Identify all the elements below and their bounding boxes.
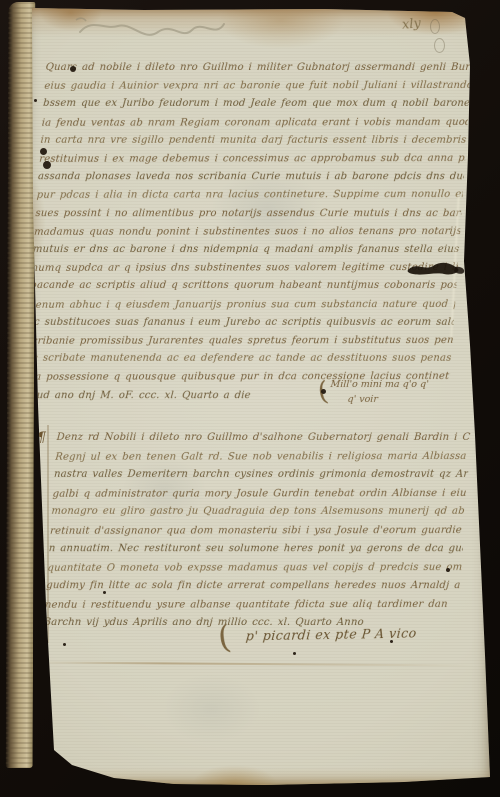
show-through-mark xyxy=(434,38,445,53)
manuscript-line: scribanie promissibus Jurarentes quales … xyxy=(26,332,453,351)
manuscript-line: restituimus i ex mage debemus i concessi… xyxy=(39,150,466,169)
page-stack-edge xyxy=(6,2,36,768)
paragraph-mark: ¶ xyxy=(37,430,46,446)
show-through-mark xyxy=(430,19,440,34)
ink-blot xyxy=(293,652,296,655)
manuscript-line: pur pdcas i alia in dicta carta nra laci… xyxy=(36,186,463,205)
vertical-fold-crease xyxy=(47,425,49,643)
manuscript-line: Regnj ul ex ben tenen Galt rd. Sue nob v… xyxy=(55,447,470,466)
marginal-note-line: Mill'o mini ma q'o q' xyxy=(330,377,471,392)
ink-blot xyxy=(446,568,450,572)
manuscript-line: bssem que ex Juribo feudorum i mod Jeale… xyxy=(42,95,469,113)
ink-blot xyxy=(43,161,51,169)
manuscript-line: ac substitucoes suas fananus i eum Jureb… xyxy=(27,314,454,332)
manuscript-line: retinuit d'assignanor qua dom monasteriu… xyxy=(49,521,464,540)
ink-smear xyxy=(405,253,469,285)
manuscript-line: de scribate manutenenda ac ea defendere … xyxy=(25,350,452,368)
ink-blot xyxy=(390,640,393,643)
manuscript-line: ia fendu ventas ab nram Regiam coronam a… xyxy=(41,113,468,132)
marginal-note: Mill'o mini ma q'o q' q' voir xyxy=(329,377,471,407)
ink-blot xyxy=(40,148,47,155)
manuscript-line: galbi q administrator quria mory Josule … xyxy=(52,484,467,503)
manuscript-line: in carta nra vre sigillo pendenti munita… xyxy=(40,132,467,150)
manuscript-line: madamus quas nondu ponint i substinentes… xyxy=(33,223,460,242)
manuscript-line: Denz rd Nobili i dileto nro Guillmo d'sa… xyxy=(56,429,471,448)
manuscript-line: assanda plonases laveda nos scribania Cu… xyxy=(37,168,464,186)
folio-number: xly xyxy=(401,16,421,33)
paragraph-1: Quars ad nobile i dileto nro Guillmo i m… xyxy=(22,59,472,409)
manuscript-line: genum abhuc i q eiusdem Januarijs proniu… xyxy=(28,295,455,314)
horizontal-fold-crease xyxy=(30,661,474,666)
manuscript-line: bacande ac scriptis aliud q scrittons qu… xyxy=(30,277,457,295)
ink-blot xyxy=(34,99,37,102)
manuscript-line: eius gaudia i Auinior vexpra nri ac baro… xyxy=(44,77,471,96)
ink-blot xyxy=(70,66,76,72)
ink-blot xyxy=(63,643,66,646)
pencil-squiggle xyxy=(74,10,244,52)
manuscript-line: gudimy fin litte ac sola fin dicte arrer… xyxy=(46,577,461,596)
ink-blot xyxy=(321,389,326,394)
manuscript-line: mutuis er dns ac barone i dns nidempnia … xyxy=(32,241,459,259)
book-binding-background: xly Quars ad nobile i dileto nro Guillmo… xyxy=(0,0,500,797)
manuscript-line: numq supdca ar q ipsius dns substinentes… xyxy=(31,259,458,278)
marginal-note-line: q' voir xyxy=(347,392,470,407)
ink-blot xyxy=(103,591,106,594)
manuscript-line: n annuatim. Nec restituront seu solumone… xyxy=(48,540,463,559)
manuscript-page: xly Quars ad nobile i dileto nro Guillmo… xyxy=(24,5,492,787)
manuscript-line: quantitate O moneta vob expsse madamus q… xyxy=(47,558,462,577)
manuscript-line: nastra valles Demeritern barchn cysines … xyxy=(53,466,468,485)
manuscript-line: monagro eu gliro gastro ju Quadraguia de… xyxy=(51,503,466,522)
manuscript-line: nendu i restituendu ysure albanse quanti… xyxy=(44,595,459,614)
manuscript-line: sues possint i no alimentibus pro notari… xyxy=(35,205,462,223)
paragraph-2: Denz rd Nobili i dileto nro Guillmo d'sa… xyxy=(43,429,471,635)
manuscript-line: Quars ad nobile i dileto nro Guillmo i m… xyxy=(45,59,472,77)
